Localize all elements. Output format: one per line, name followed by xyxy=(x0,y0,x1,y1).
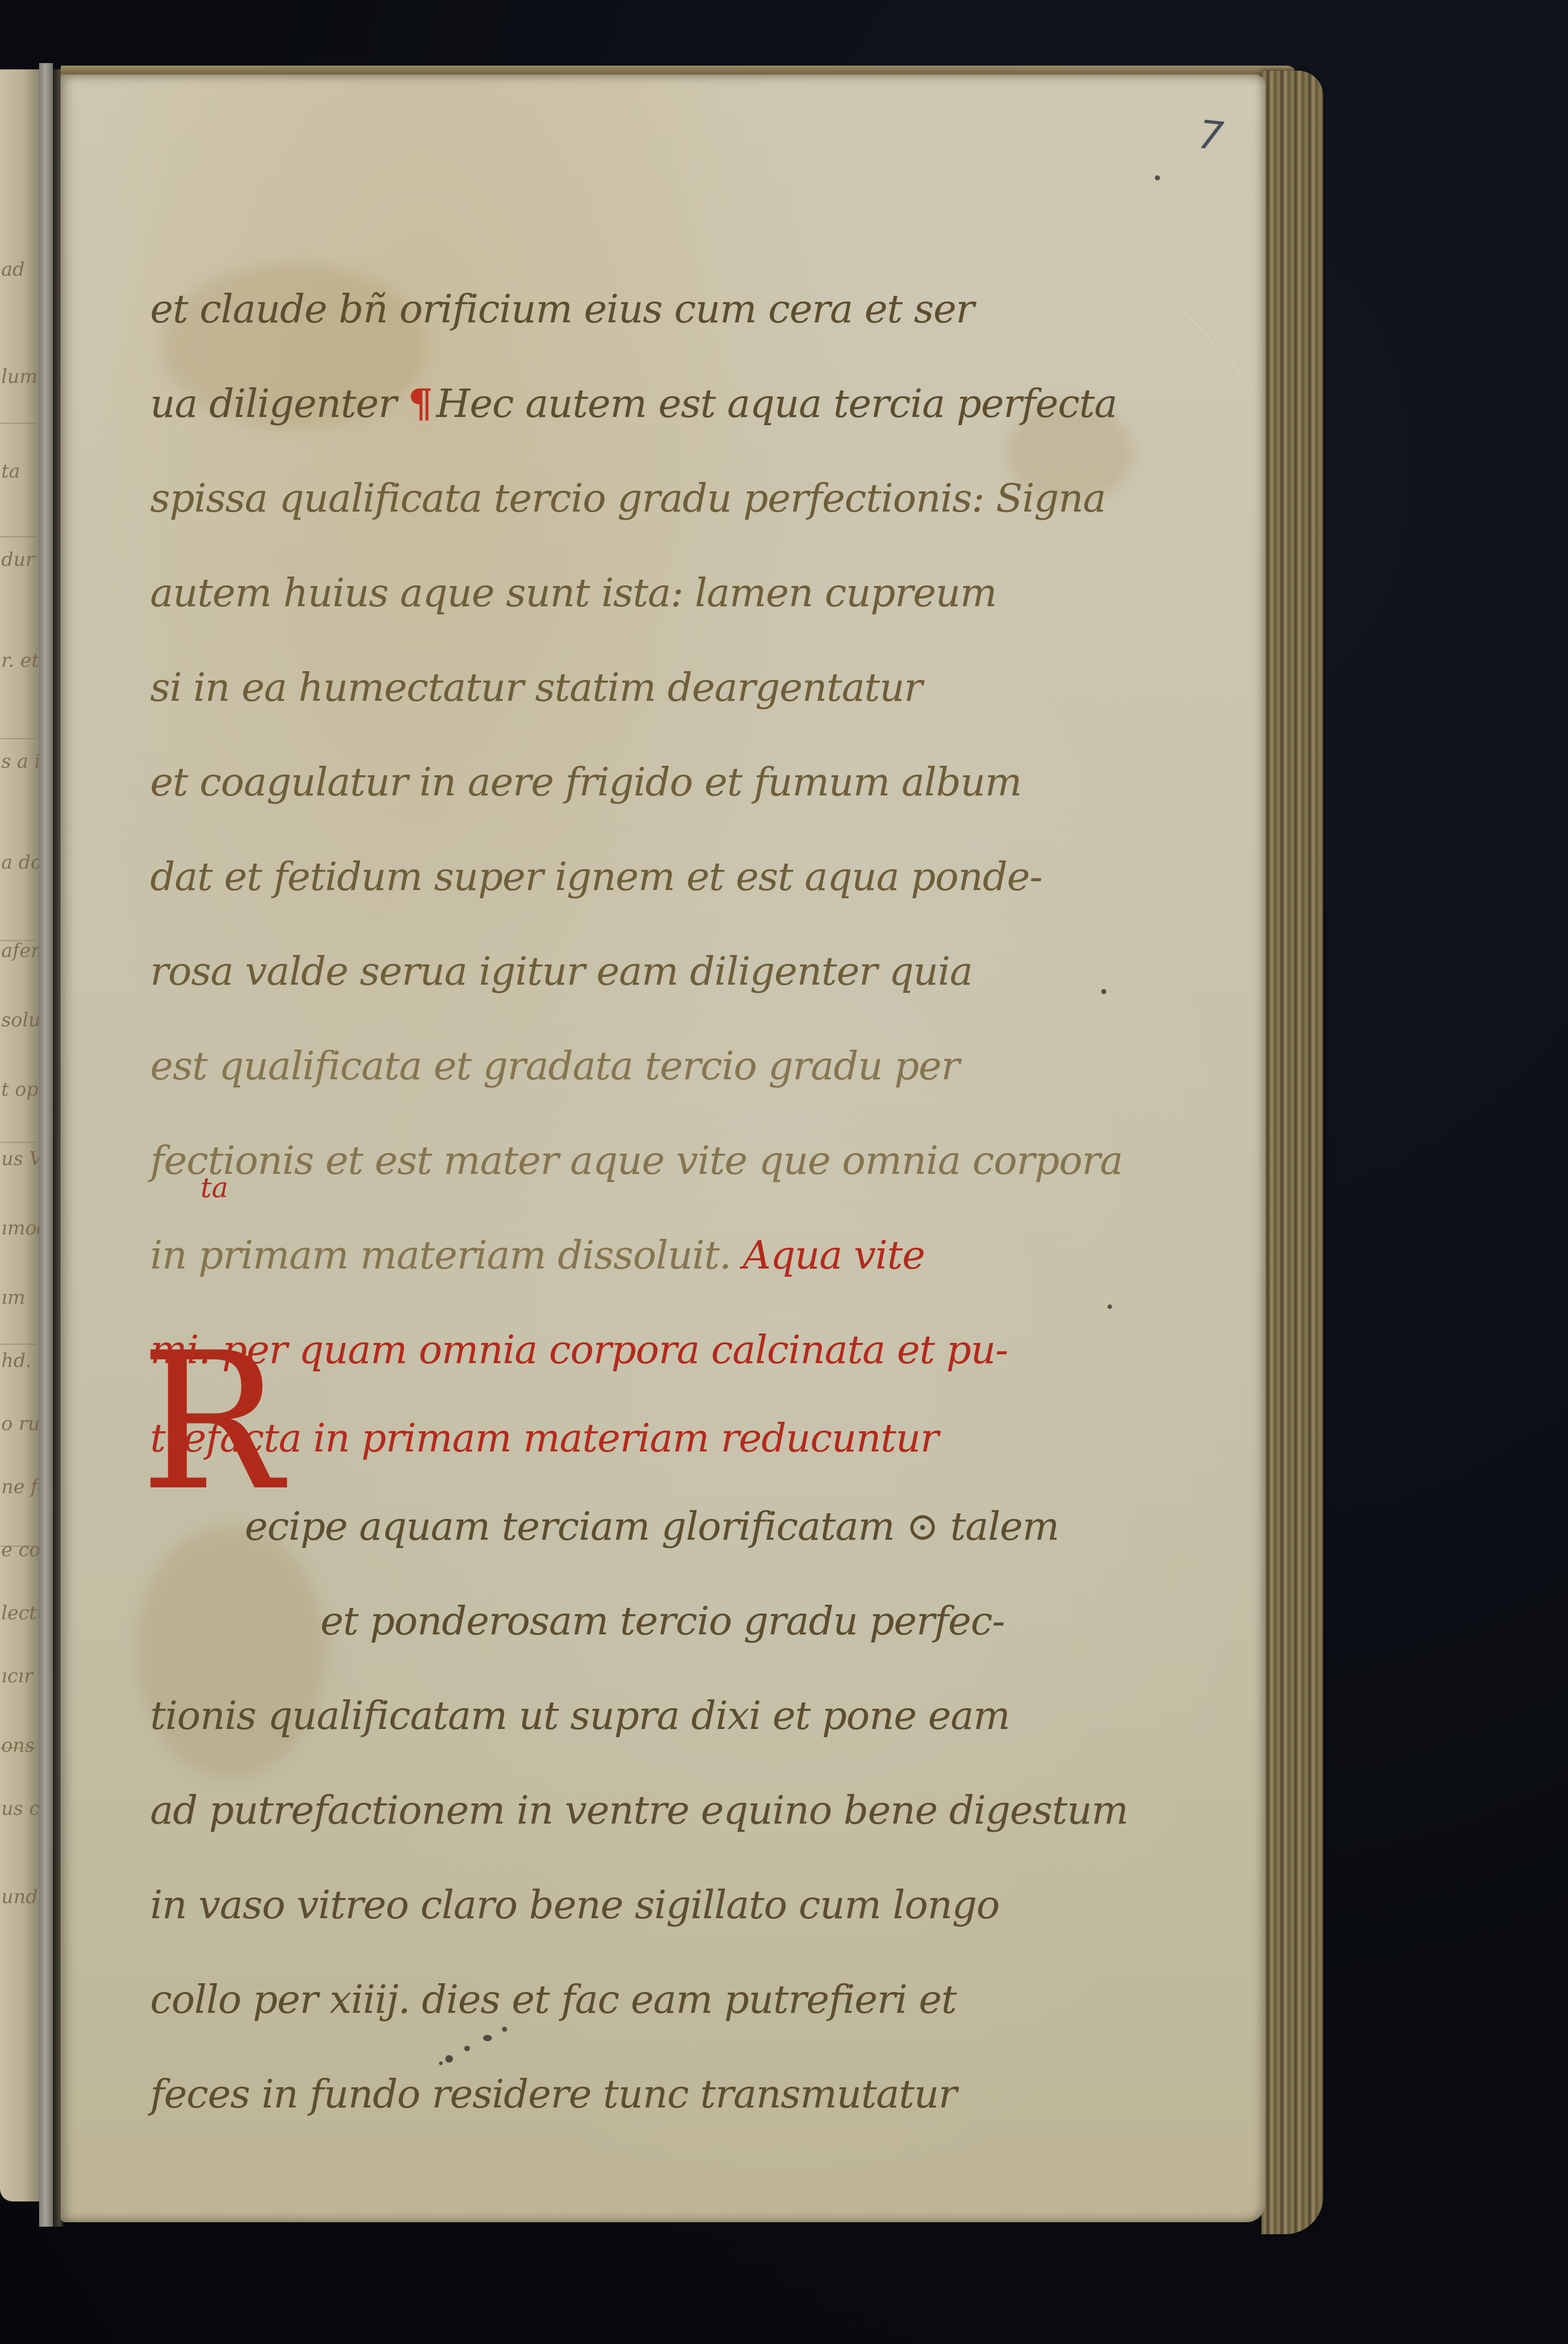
line-text: dat et fetidum super ignem et est aqua p… xyxy=(150,853,1042,900)
line-text: ecipe aquam terciam glorificatam ⊙ talem xyxy=(245,1503,1059,1549)
line-text: est qualificata et gradata tercio gradu … xyxy=(150,1043,959,1089)
crease-mark xyxy=(1170,295,1255,390)
line-text: ua diligenter xyxy=(150,380,408,426)
rubric-text: mi. per quam omnia corpora calcinata et … xyxy=(150,1327,1008,1373)
text-line-8: rosa valde serua igitur eam diligenter q… xyxy=(150,934,973,1009)
line-text: in primam materiam dissoluit. xyxy=(150,1232,743,1278)
line-text: in vaso vitreo claro bene sigillato cum … xyxy=(150,1882,999,1928)
facing-text-fragment: ıcır xyxy=(1,1665,33,1687)
facing-text-fragment: r. eti xyxy=(1,650,39,672)
ruling-line xyxy=(0,1344,37,1345)
facing-text-fragment: ne fole xyxy=(1,1476,39,1498)
facing-text-fragment: hd. xyxy=(1,1350,32,1372)
facing-text-fragment: undi xyxy=(1,1886,39,1908)
line-text: si in ea humectatur statim deargentatur xyxy=(150,664,922,710)
facing-text-fragment: t opor xyxy=(1,1079,39,1101)
ink-spot xyxy=(464,2046,470,2051)
ruling-line xyxy=(0,738,37,739)
line-text: tionis qualificatam ut supra dixi et pon… xyxy=(150,1692,1010,1738)
ruling-line xyxy=(0,536,37,537)
ruling-line xyxy=(0,423,37,424)
line-text: autem huius aque sunt ista: lamen cupreu… xyxy=(150,570,997,616)
text-line-12-rubric: mi. per quam omnia corpora calcinata et … xyxy=(150,1312,1008,1388)
text-line-1: et claude bñ orificium eius cum cera et … xyxy=(150,271,974,347)
text-line-16: tionis qualificatam ut supra dixi et pon… xyxy=(150,1678,1010,1754)
text-line-4: autem huius aque sunt ista: lamen cupreu… xyxy=(150,555,997,631)
line-text: spissa qualificata tercio gradu perfecti… xyxy=(150,475,1106,521)
text-line-14: ecipe aquam terciam glorificatam ⊙ talem xyxy=(245,1489,1059,1564)
text-line-9: est qualificata et gradata tercio gradu … xyxy=(150,1028,959,1104)
facing-text-fragment: ım xyxy=(1,1287,25,1309)
line-text: collo per xiiij. dies et fac eam putrefi… xyxy=(150,1976,956,2022)
facing-text-fragment: lum xyxy=(1,366,37,388)
glass-clamp-strip xyxy=(39,63,53,2227)
text-line-20: feces in fundo residere tunc transmutatu… xyxy=(150,2056,957,2132)
facing-text-fragment: ons xyxy=(1,1735,35,1757)
facing-text-fragment: s a in xyxy=(1,751,39,773)
book-fore-edge xyxy=(1261,71,1323,2234)
facing-text-fragment: ta xyxy=(1,460,20,483)
ruling-line xyxy=(0,1142,37,1143)
facing-text-fragment: afentu xyxy=(1,940,39,962)
line-text: et claude bñ orificium eius cum cera et … xyxy=(150,286,974,332)
facing-text-fragment: ad xyxy=(1,259,25,281)
line-text: et coagulatur in aere frigido et fumum a… xyxy=(150,759,1021,805)
facing-text-fragment: lectu xyxy=(1,1602,39,1624)
text-line-11: in primam materiam dissoluit. Aqua vite xyxy=(150,1217,925,1293)
text-line-13-rubric: trefacta in primam materiam reducuntur xyxy=(150,1400,939,1476)
ink-spot xyxy=(1101,989,1106,994)
text-line-18: in vaso vitreo claro bene sigillato cum … xyxy=(150,1867,999,1943)
facing-text-fragment: o ruc xyxy=(1,1413,39,1435)
paragraph-mark-icon: ¶ xyxy=(408,380,432,426)
line-text: Hec autem est aqua tercia perfecta xyxy=(436,380,1117,426)
text-line-19: collo per xiiij. dies et fac eam putrefi… xyxy=(150,1962,956,2037)
rubric-text: trefacta in primam materiam reducuntur xyxy=(150,1415,939,1461)
text-line-5: si in ea humectatur statim deargentatur xyxy=(150,650,922,725)
text-line-7: dat et fetidum super ignem et est aqua p… xyxy=(150,839,1042,915)
ink-spot xyxy=(1155,175,1160,180)
line-text: feces in fundo residere tunc transmutatu… xyxy=(150,2071,957,2117)
ink-spot xyxy=(1108,1304,1112,1309)
facing-text-fragment: ımodi xyxy=(1,1217,39,1239)
line-text: fectionis et est mater aque vite que omn… xyxy=(150,1137,1123,1183)
text-line-2: ua diligenter ¶Hec autem est aqua tercia… xyxy=(150,366,1117,442)
facing-page-verso: ad lum ta dur r. eti s a in a dolo afent… xyxy=(0,69,39,2201)
facing-text-fragment: e cod xyxy=(1,1539,39,1561)
line-text: rosa valde serua igitur eam diligenter q… xyxy=(150,948,973,994)
facing-text-fragment: dur xyxy=(1,549,35,571)
text-line-17: ad putrefactionem in ventre equino bene … xyxy=(150,1773,1128,1848)
facing-text-fragment: soluer xyxy=(1,1009,39,1031)
facing-text-fragment: us cons xyxy=(1,1798,39,1820)
folio-number: 7 xyxy=(1196,111,1226,160)
text-line-10: fectionis et est mater aque vite que omn… xyxy=(150,1123,1123,1198)
text-line-3: spissa qualificata tercio gradu perfecti… xyxy=(150,460,1106,536)
line-text: ad putrefactionem in ventre equino bene … xyxy=(150,1787,1128,1833)
line-text: et ponderosam tercio gradu perfec- xyxy=(320,1598,1005,1644)
facing-text-fragment: a dolo xyxy=(1,852,39,874)
rubric-heading: Aqua vite xyxy=(743,1232,925,1278)
text-line-6: et coagulatur in aere frigido et fumum a… xyxy=(150,744,1021,820)
text-line-15: et ponderosam tercio gradu perfec- xyxy=(320,1583,1005,1659)
manuscript-scene: ad lum ta dur r. eti s a in a dolo afent… xyxy=(0,0,1568,2344)
facing-text-fragment: us Vel xyxy=(1,1148,39,1170)
